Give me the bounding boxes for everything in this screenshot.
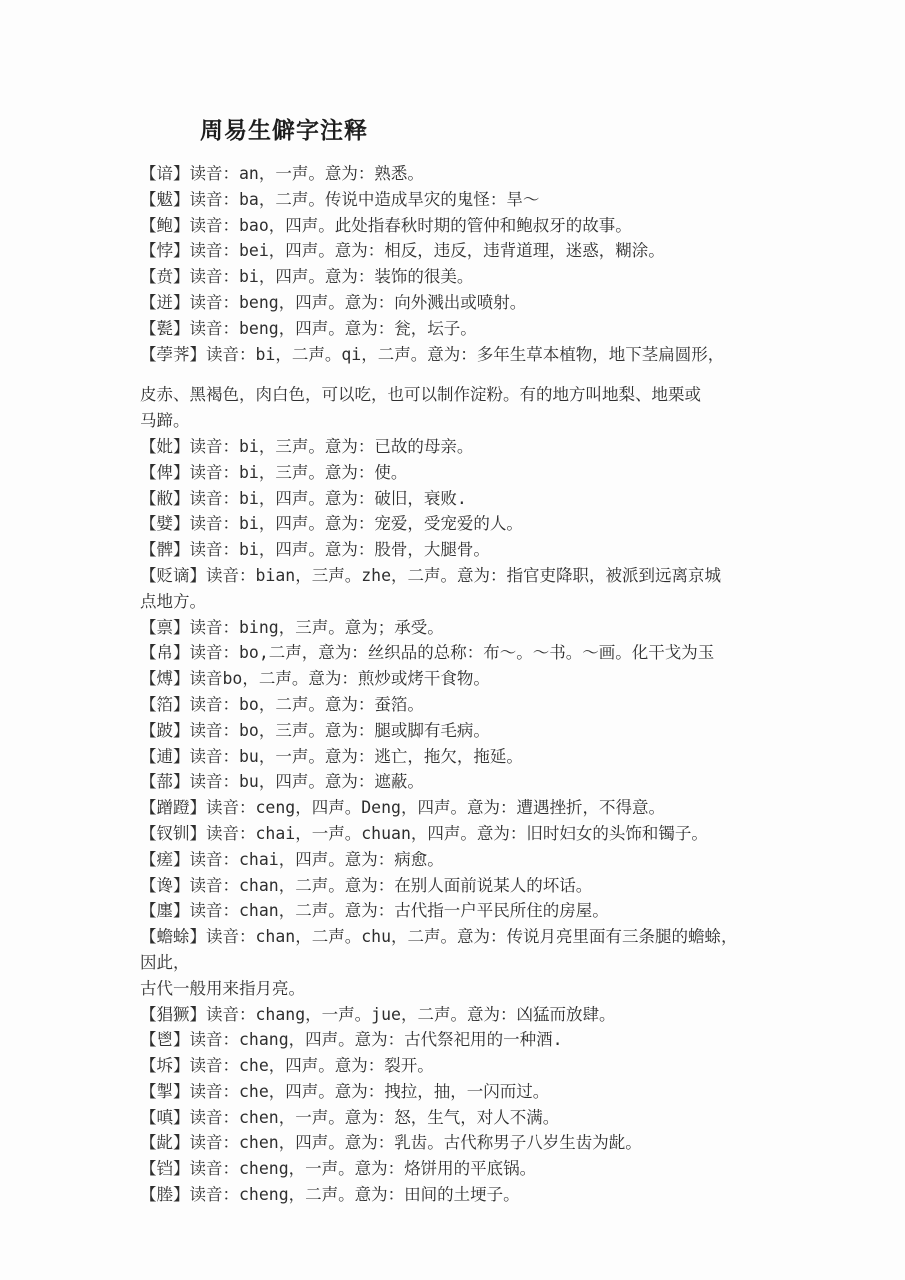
document-title: 周易生僻字注释 [200, 112, 788, 145]
entry-line: 【贬谪】读音：bian，三声。zhe，二声。意为：指官吏降职，被派到远离京城 [140, 563, 788, 589]
entry-line: 【魃】读音：ba，二声。传说中造成旱灾的鬼怪：旱～ [140, 187, 788, 213]
entry-line: 【帛】读音：bo,二声，意为：丝织品的总称：布～。～书。～画。化干戈为玉 [140, 640, 788, 666]
entry-continuation-line: 马蹄。 [140, 408, 788, 434]
entry-continuation-line: 因此， [140, 950, 788, 976]
entry-line: 【迸】读音：beng，四声。意为：向外溅出或喷射。 [140, 290, 788, 316]
entry-continuation-line: 皮赤、黑褐色，肉白色，可以吃，也可以制作淀粉。有的地方叫地梨、地栗或 [140, 382, 788, 408]
entry-line: 【荸荠】读音：bi，二声。qi，二声。意为：多年生草本植物，地下茎扁圆形， [140, 342, 788, 368]
entry-line: 【谗】读音：chan，二声。意为：在别人面前说某人的坏话。 [140, 873, 788, 899]
entry-line: 【鲍】读音：bao，四声。此处指春秋时期的管仲和鲍叔牙的故事。 [140, 213, 788, 239]
entry-line: 【禀】读音：bing，三声。意为；承受。 [140, 615, 788, 641]
entry-line: 【钗钏】读音：chai，一声。chuan，四声。意为：旧时妇女的头饰和镯子。 [140, 821, 788, 847]
entry-line: 【塍】读音：cheng，二声。意为：田间的土埂子。 [140, 1182, 788, 1208]
entry-line: 【嬖】读音：bi，四声。意为：宠爱，受宠爱的人。 [140, 511, 788, 537]
entry-line: 【妣】读音：bi，三声。意为：已故的母亲。 [140, 434, 788, 460]
entry-line: 【蹭蹬】读音：ceng，四声。Deng，四声。意为：遭遇挫折，不得意。 [140, 795, 788, 821]
entry-line: 【龀】读音：chen，四声。意为：乳齿。古代称男子八岁生齿为龀。 [140, 1130, 788, 1156]
entry-line: 【贲】读音：bi，四声。意为：装饰的很美。 [140, 264, 788, 290]
entry-line: 【甏】读音：beng，四声。意为：瓮，坛子。 [140, 316, 788, 342]
entry-line: 【俾】读音：bi，三声。意为：使。 [140, 460, 788, 486]
entry-line: 【铛】读音：cheng，一声。意为：烙饼用的平底锅。 [140, 1156, 788, 1182]
entry-line: 【箔】读音：bo，二声。意为：蚕箔。 [140, 692, 788, 718]
entry-line: 【瘥】读音：chai，四声。意为：病愈。 [140, 847, 788, 873]
entry-line: 【逋】读音：bu，一声。意为：逃亡，拖欠，拖延。 [140, 744, 788, 770]
entry-line: 【敝】读音：bi，四声。意为：破旧，衰败. [140, 486, 788, 512]
entry-line: 【坼】读音：che，四声。意为：裂开。 [140, 1053, 788, 1079]
entry-line: 【悖】读音：bei，四声。意为：相反，违反，违背道理，迷惑，糊涂。 [140, 238, 788, 264]
entry-line: 【髀】读音：bi，四声。意为：股骨，大腿骨。 [140, 537, 788, 563]
entry-continuation-line: 点地方。 [140, 589, 788, 615]
entry-line: 【廛】读音：chan，二声。意为：古代指一户平民所住的房屋。 [140, 898, 788, 924]
entry-continuation-line: 古代一般用来指月亮。 [140, 976, 788, 1002]
document-page: 周易生僻字注释 【谙】读音：an，一声。意为：熟悉。 【魃】读音：ba，二声。传… [0, 0, 905, 1280]
entry-line: 【鬯】读音：chang，四声。意为：古代祭祀用的一种酒. [140, 1027, 788, 1053]
entry-line: 【蔀】读音：bu，四声。意为：遮蔽。 [140, 769, 788, 795]
document-content: 周易生僻字注释 【谙】读音：an，一声。意为：熟悉。 【魃】读音：ba，二声。传… [140, 112, 788, 1208]
entry-line: 【嗔】读音：chen，一声。意为：怒，生气，对人不满。 [140, 1105, 788, 1131]
entry-line: 【猖獗】读音：chang，一声。jue，二声。意为：凶猛而放肆。 [140, 1002, 788, 1028]
entry-line: 【谙】读音：an，一声。意为：熟悉。 [140, 161, 788, 187]
entry-line: 【掣】读音：che，四声。意为：拽拉，抽，一闪而过。 [140, 1079, 788, 1105]
entry-line: 【蟾蜍】读音：chan，二声。chu，二声。意为：传说月亮里面有三条腿的蟾蜍， [140, 924, 788, 950]
entry-line: 【跛】读音：bo，三声。意为：腿或脚有毛病。 [140, 718, 788, 744]
entry-line: 【煿】读音bo，二声。意为：煎炒或烤干食物。 [140, 666, 788, 692]
